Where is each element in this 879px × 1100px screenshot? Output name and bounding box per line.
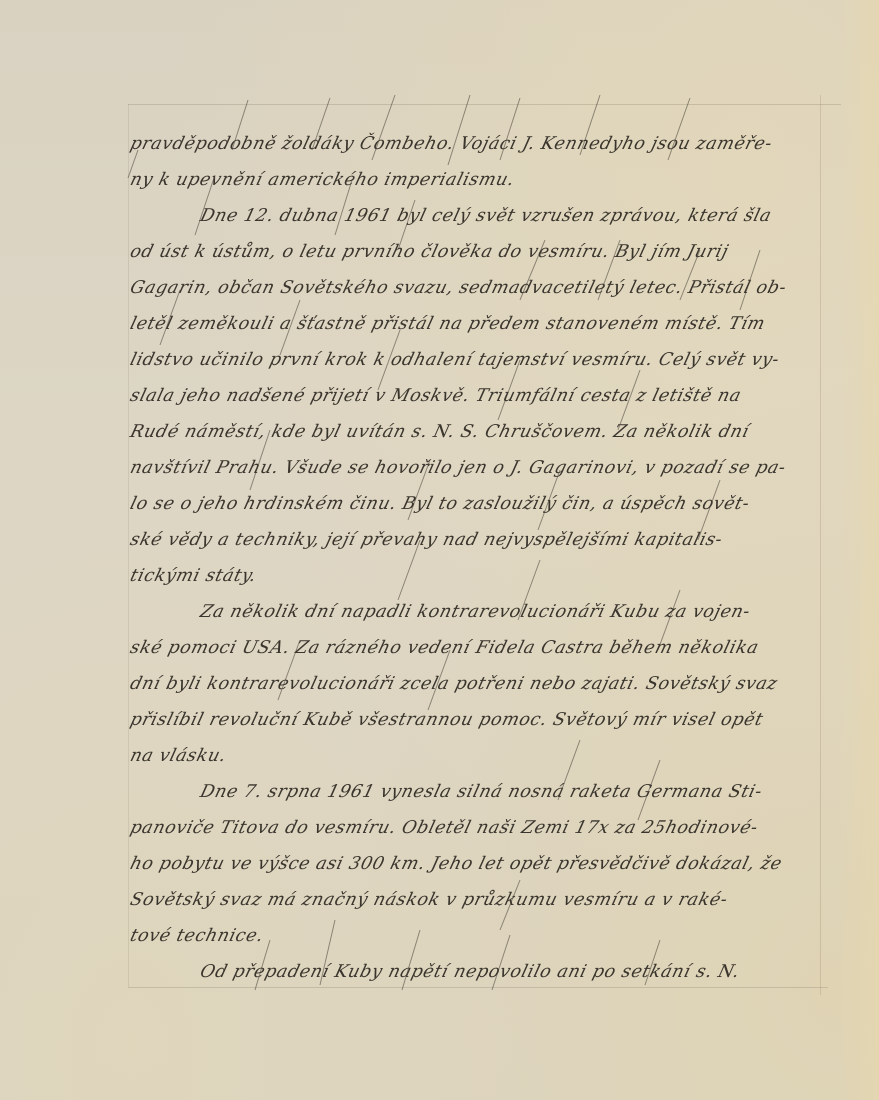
text-line-10: navštívil Prahu. Všude se hovořilo jen o…	[128, 458, 788, 478]
text-line-11: lo se o jeho hrdinském činu. Byl to zasl…	[128, 494, 752, 514]
text-line-14: Za několik dní napadli kontrarevolucioná…	[198, 602, 752, 622]
text-line-3: Dne 12. dubna 1961 byl celý svět vzrušen…	[198, 206, 774, 226]
right-margin-line	[820, 95, 821, 995]
text-line-4: od úst k ústům, o letu prvního člověka d…	[128, 242, 731, 262]
text-line-12: ské vědy a techniky, její převahy nad ne…	[128, 530, 725, 550]
text-line-13: tickými státy.	[128, 566, 259, 586]
text-line-15: ské pomoci USA. Za rázného vedení Fidela…	[128, 638, 761, 658]
writing-frame-bottom-rule	[128, 987, 828, 988]
writing-frame-top-rule	[128, 104, 841, 105]
text-line-7: lidstvo učinilo první krok k odhalení ta…	[128, 350, 782, 370]
text-line-17: přislíbil revoluční Kubě všestrannou pom…	[128, 710, 765, 730]
text-line-2: ny k upevnění amerického imperialismu.	[128, 170, 517, 190]
text-line-9: Rudé náměstí, kde byl uvítán s. N. S. Ch…	[128, 422, 751, 442]
text-line-21: ho pobytu ve výšce asi 300 km. Jeho let …	[128, 854, 784, 874]
text-line-19: Dne 7. srpna 1961 vynesla silná nosná ra…	[198, 782, 764, 802]
text-line-18: na vlásku.	[128, 746, 229, 766]
text-line-16: dní byli kontrarevolucionáři zcela potře…	[128, 674, 780, 694]
text-line-23: tové technice.	[128, 926, 266, 946]
text-line-24: Od přepadení Kuby napětí nepovolilo ani …	[198, 962, 742, 982]
text-line-1: pravděpodobně žoldáky Čombeho. Vojáci J.…	[128, 134, 774, 154]
scanned-page: pravděpodobně žoldáky Čombeho. Vojáci J.…	[0, 0, 879, 1100]
page-edge-discoloration	[840, 0, 879, 1100]
text-line-8: slala jeho nadšené přijetí v Moskvě. Tri…	[128, 386, 743, 406]
text-line-5: Gagarin, občan Sovětského svazu, sedmadv…	[128, 278, 789, 298]
text-line-6: letěl zeměkouli a šťastně přistál na pře…	[128, 314, 767, 334]
text-line-22: Sovětský svaz má značný náskok v průzkum…	[128, 890, 730, 910]
text-line-20: panoviče Titova do vesmíru. Obletěl naši…	[128, 818, 760, 838]
